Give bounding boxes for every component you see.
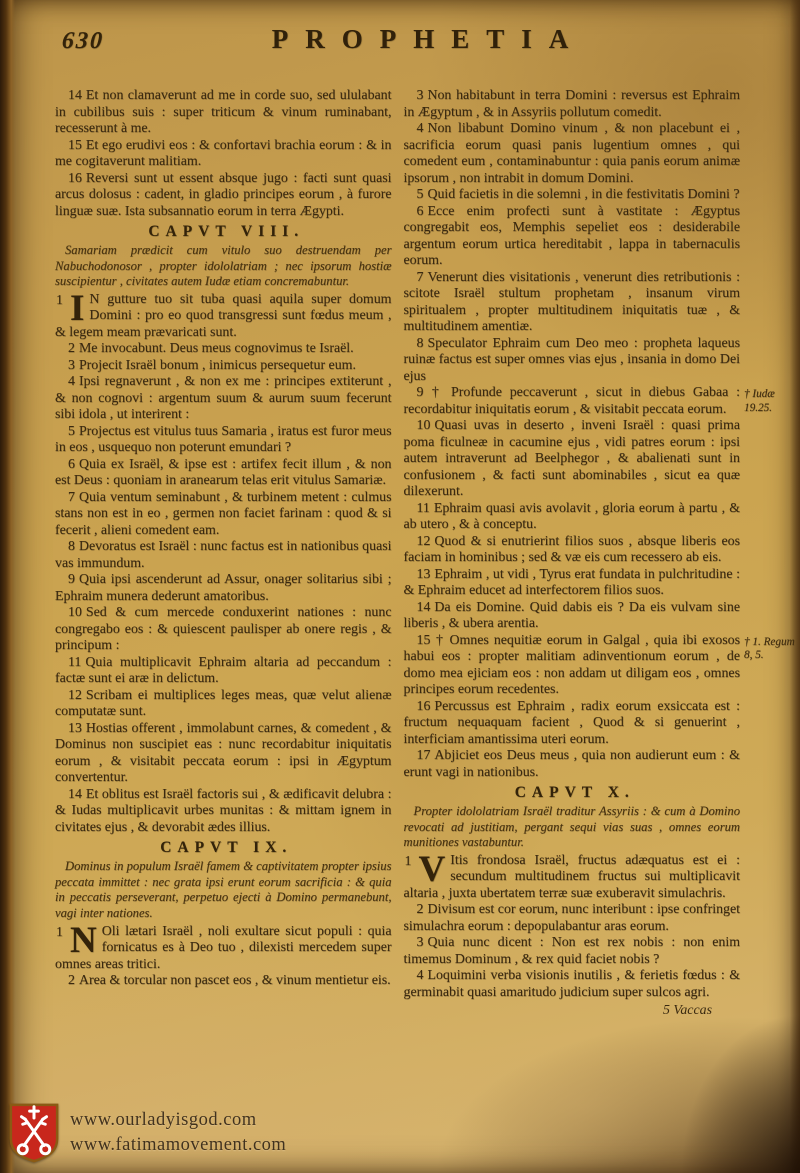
verse: 10Quasi uvas in deserto , inveni Israël … <box>404 418 741 501</box>
verse: 3Projecit Israël bonum , inimicus perseq… <box>55 358 392 375</box>
verse: 3Quia nunc dicent : Non est rex nobis : … <box>404 935 741 968</box>
text-column-left: 14Et non clamaverunt ad me in corde suo,… <box>55 88 392 1165</box>
watermark: www.ourladyisgod.com www.fatimamovement.… <box>8 1103 286 1163</box>
chapter-summary: Dominus in populum Israël famem & captiv… <box>55 859 392 921</box>
catchword: 5 Vaccas <box>404 1003 713 1019</box>
verse: 3Non habitabunt in terra Domini : revers… <box>404 88 741 121</box>
verse: 12Scribam ei multiplices leges meas, quæ… <box>55 688 392 721</box>
verse: 8Devoratus est Israël : nunc factus est … <box>55 539 392 572</box>
verse-number: 13 <box>68 721 82 736</box>
verse: 4Non libabunt Domino vinum , & non place… <box>404 121 741 187</box>
verse-number: 5 <box>68 424 75 439</box>
verse-number: 16 <box>417 699 431 714</box>
margin-note: † 1. Regum 8, 5. <box>744 636 796 663</box>
verse: 9† Profunde peccaverunt , sicut in diebu… <box>404 385 741 418</box>
page-right-edge <box>790 0 800 1173</box>
verse-number: 4 <box>68 374 75 389</box>
verse-number: 11 <box>417 501 430 516</box>
verse: 2Divisum est cor eorum, nunc interibunt … <box>404 902 741 935</box>
verse-number: 17 <box>417 748 431 763</box>
verse: 12Quod & si enutrierint filios suos , ab… <box>404 534 741 567</box>
page-body: 14Et non clamaverunt ad me in corde suo,… <box>55 88 740 1165</box>
verse: 10Sed & cum mercede conduxerint nationes… <box>55 605 392 655</box>
verse: 14Et non clamaverunt ad me in corde suo,… <box>55 88 392 138</box>
verse-number: 2 <box>417 902 424 917</box>
verse-number: 1 <box>56 925 63 942</box>
verse-number: 5 <box>417 187 424 202</box>
verse-number: 1 <box>56 293 63 310</box>
verse-number: 4 <box>417 121 424 136</box>
verse: 14Da eis Domine. Quid dabis eis ? Da eis… <box>404 600 741 633</box>
verse-number: 15 <box>68 138 82 153</box>
verse: V1Itis frondosa Israël, fructus adæquatu… <box>404 853 741 903</box>
verse: N1Oli lætari Israël , noli exultare sicu… <box>55 924 392 974</box>
verse-number: 4 <box>417 968 424 983</box>
verse-number: 10 <box>417 418 431 433</box>
verse-number: 14 <box>68 787 82 802</box>
verse: 11Ephraim quasi avis avolavit , gloria e… <box>404 501 741 534</box>
verse: 2Area & torcular non pascet eos , & vinu… <box>55 973 392 990</box>
drop-cap: N <box>70 925 97 956</box>
verse-number: 6 <box>68 457 75 472</box>
drop-cap: I <box>70 293 84 324</box>
verse-number: 3 <box>417 88 424 103</box>
verse-number: 13 <box>417 567 431 582</box>
verse: 2Me invocabunt. Deus meus cognovimus te … <box>55 341 392 358</box>
verse: 4Ipsi regnaverunt , & non ex me : princi… <box>55 374 392 424</box>
verse-number: 10 <box>68 605 82 620</box>
verse-number: 14 <box>68 88 82 103</box>
verse: 5Quid facietis in die solemni , in die f… <box>404 187 741 204</box>
verse-number: 2 <box>68 973 75 988</box>
page-number: 630 <box>61 28 105 55</box>
running-title: PROPHETIA <box>110 24 730 55</box>
verse: 17Abjiciet eos Deus meus , quia non audi… <box>404 748 741 781</box>
verse: 5Projectus est vitulus tuus Samaria , ir… <box>55 424 392 457</box>
verse-number: 16 <box>68 171 82 186</box>
page-header: 630 PROPHETIA <box>0 20 800 64</box>
papal-keys-shield-icon <box>8 1103 60 1163</box>
chapter-heading: CAPVT VIII. <box>55 223 392 241</box>
verse: 16Percussus est Ephraim , radix eorum ex… <box>404 699 741 749</box>
chapter-summary: Propter idololatriam Israël traditur Ass… <box>404 804 741 851</box>
verse-number: 12 <box>417 534 431 549</box>
verse: 4Loquimini verba visionis inutilis , & f… <box>404 968 741 1001</box>
verse: 15† Omnes nequitiæ eorum in Galgal , qui… <box>404 633 741 699</box>
verse: 6Ecce enim profecti sunt à vastitate : Æ… <box>404 204 741 270</box>
verse: 6Quia ex Israël, & ipse est : artifex fe… <box>55 457 392 490</box>
verse: 14Et oblitus est Israël factoris sui , &… <box>55 787 392 837</box>
verse-number: 6 <box>417 204 424 219</box>
verse-number: 7 <box>68 490 75 505</box>
verse-number: 1 <box>405 854 412 871</box>
verse: 13Hostias offerent , immolabunt carnes, … <box>55 721 392 787</box>
verse: 9Quia ipsi ascenderunt ad Assur, onager … <box>55 572 392 605</box>
book-binding-edge <box>0 0 15 1173</box>
verse-number: 9 <box>417 385 424 400</box>
chapter-heading: CAPVT X. <box>404 784 741 802</box>
book-page: 630 PROPHETIA 14Et non clamaverunt ad me… <box>0 0 800 1173</box>
watermark-url-2: www.fatimamovement.com <box>70 1135 286 1156</box>
margin-note: † Iudæ 19.25. <box>744 388 796 415</box>
verse-number: 11 <box>68 655 81 670</box>
verse-number: 15 <box>417 633 431 648</box>
text-column-right: 3Non habitabunt in terra Domini : revers… <box>404 88 741 1165</box>
verse-number: 8 <box>68 539 75 554</box>
verse: 8Speculator Ephraim cum Deo meo : prophe… <box>404 336 741 386</box>
verse: I1N gutture tuo sit tuba quasi aquila su… <box>55 292 392 342</box>
verse: 15Et ego erudivi eos : & confortavi brac… <box>55 138 392 171</box>
verse: 16Reversi sunt ut essent absque jugo : f… <box>55 171 392 221</box>
verse: 7Venerunt dies visitationis , venerunt d… <box>404 270 741 336</box>
verse-number: 14 <box>417 600 431 615</box>
verse-number: 2 <box>68 341 75 356</box>
verse: 13Ephraim , ut vidi , Tyrus erat fundata… <box>404 567 741 600</box>
verse-number: 8 <box>417 336 424 351</box>
verse-number: 3 <box>68 358 75 373</box>
verse-number: 12 <box>68 688 82 703</box>
verse-number: 3 <box>417 935 424 950</box>
watermark-urls: www.ourladyisgod.com www.fatimamovement.… <box>70 1110 286 1156</box>
verse-number: 9 <box>68 572 75 587</box>
drop-cap: V <box>419 854 446 885</box>
verse: 7Quia ventum seminabunt , & turbinem met… <box>55 490 392 540</box>
verse: 11Quia multiplicavit Ephraim altaria ad … <box>55 655 392 688</box>
chapter-heading: CAPVT IX. <box>55 839 392 857</box>
verse-number: 7 <box>417 270 424 285</box>
chapter-summary: Samariam prædicit cum vitulo suo destrue… <box>55 243 392 290</box>
watermark-url-1: www.ourladyisgod.com <box>70 1110 286 1131</box>
